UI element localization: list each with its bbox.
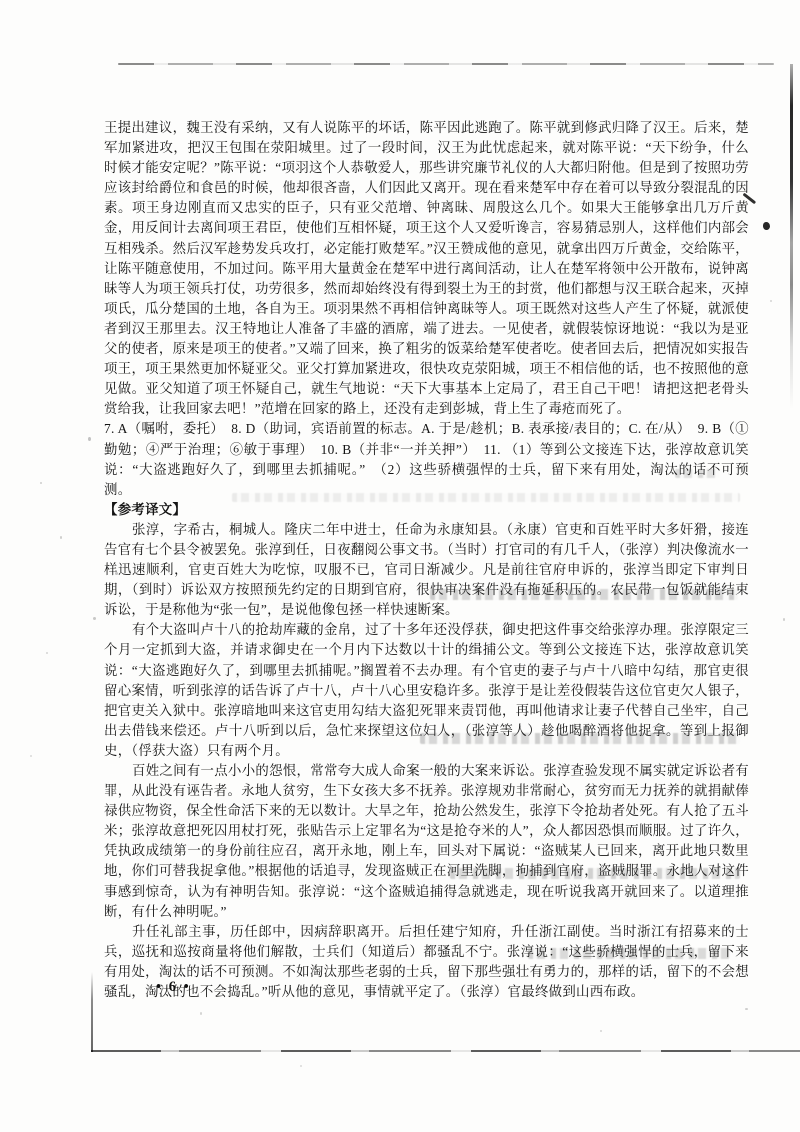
reference-translation-heading: 【参考译文】 — [104, 500, 749, 520]
speck — [200, 1012, 202, 1015]
scan-smudge — [430, 589, 738, 600]
speck — [770, 300, 772, 302]
page-bottom-edge-line — [91, 1050, 800, 1052]
speck — [88, 437, 91, 441]
speck — [40, 482, 42, 484]
paragraph-zhangchun-intro: 张淳，字希古，桐城人。隆庆二年中进士，任命为永康知县。（永康）官吏和百姓平时大多… — [104, 520, 749, 620]
paragraph-governing-yongdi: 百姓之间有一点小小的怨恨，常常夸大成人命案一般的大案来诉讼。张淳查验发现不属实就… — [104, 761, 749, 922]
speck — [745, 1008, 748, 1010]
speck — [46, 652, 48, 654]
speck — [783, 618, 785, 621]
page-number: • 6 • — [156, 979, 191, 996]
speck — [300, 1065, 302, 1067]
scan-smudge — [528, 948, 730, 959]
scan-smudge — [420, 733, 740, 744]
scan-ink-blob — [763, 222, 770, 230]
speck — [115, 572, 118, 575]
scanned-book-page: 王提出建议，魏王没有采纳，又有人说陈平的坏话，陈平因此逃跑了。陈平就到修武归降了… — [0, 0, 800, 1132]
speck — [60, 536, 62, 539]
speck — [600, 1030, 602, 1032]
speck — [30, 755, 32, 757]
scan-smudge — [675, 469, 720, 478]
paragraph-chenping-translation: 王提出建议，魏王没有采纳，又有人说陈平的坏话，陈平因此逃跑了。陈平就到修武归降了… — [104, 118, 749, 419]
speck — [93, 617, 96, 620]
page-left-edge-line — [91, 972, 93, 1052]
scan-smudge — [232, 493, 740, 502]
paragraph-later-career: 升任礼部主事，历任郎中，因病辞职离开。后担任建宁知府，升任浙江副使。当时浙江有招… — [104, 922, 749, 1002]
page-top-edge-line — [118, 63, 774, 65]
paragraph-answer-key: 7. A（嘱咐，委托） 8. D（助词，宾语前置的标志。A. 于是/趁机；B. … — [104, 419, 749, 499]
page-right-edge-line — [790, 64, 793, 409]
scan-smudge — [450, 868, 740, 879]
